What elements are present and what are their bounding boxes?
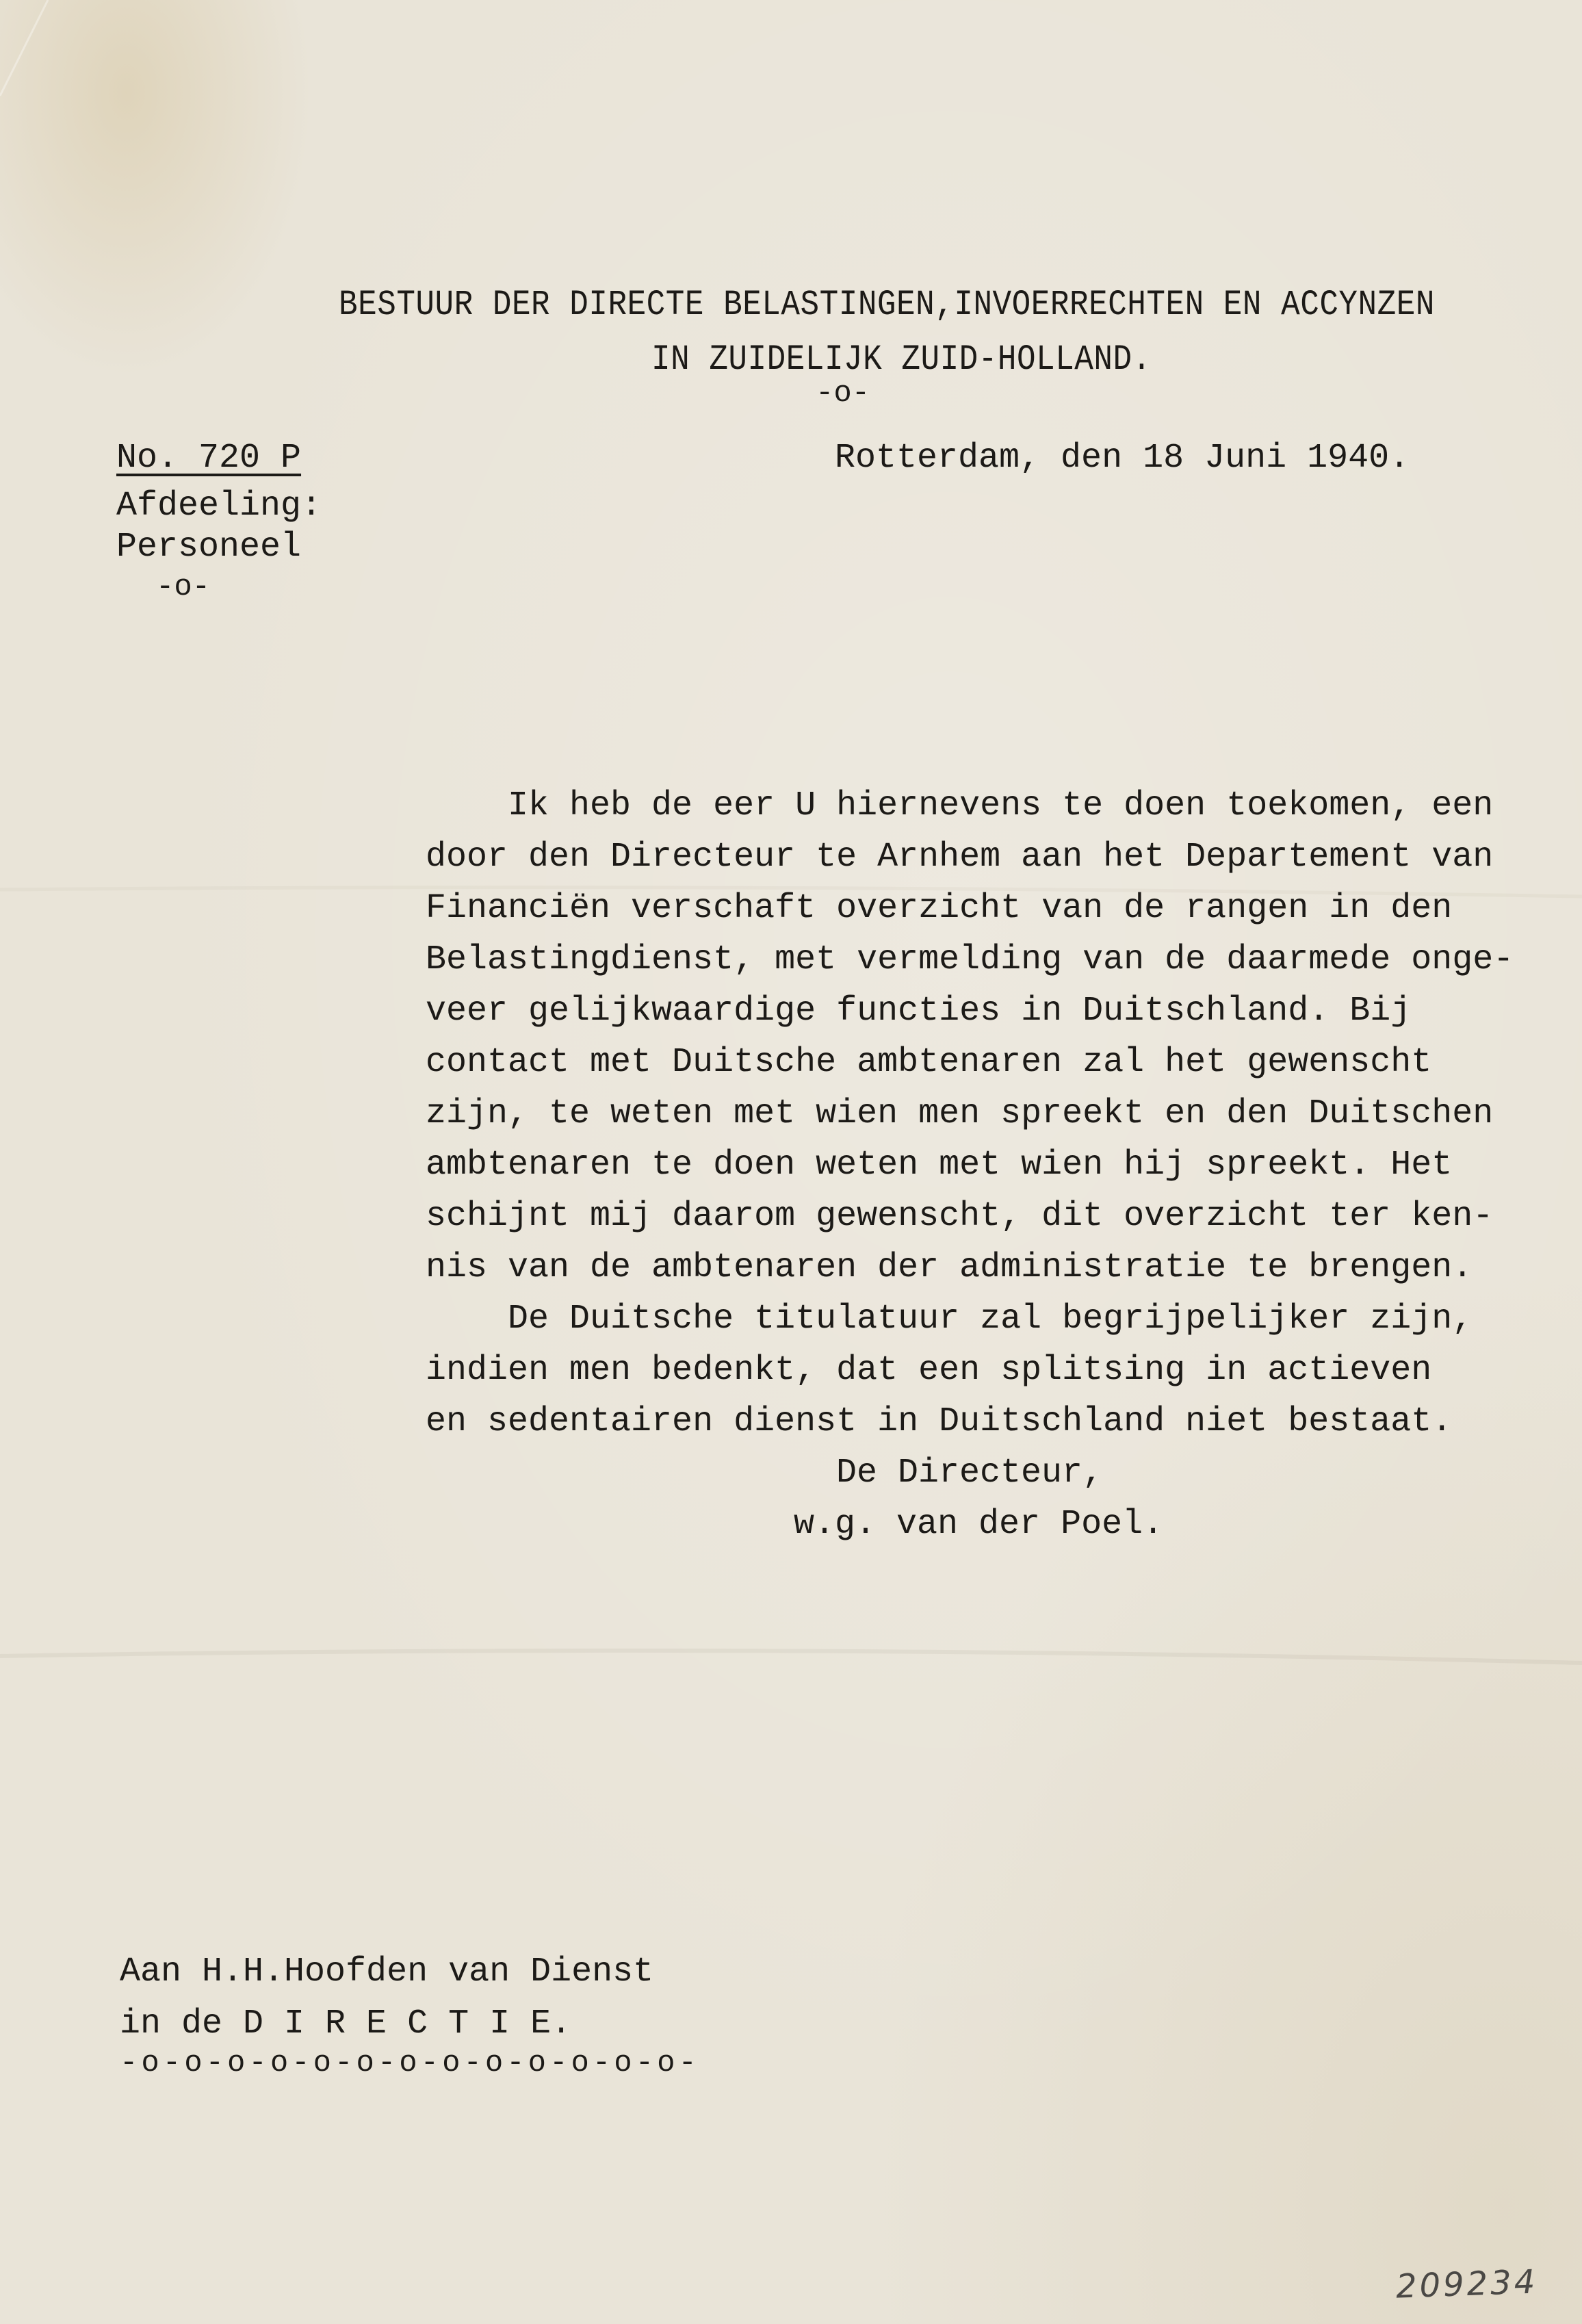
letterhead-separator: -o- [816, 373, 870, 414]
place-date: Rotterdam, den 18 Juni 1940. [835, 438, 1410, 479]
body-line: Financiën verschaft overzicht van de ran… [426, 888, 1452, 929]
letterhead-line-1: BESTUUR DER DIRECTE BELASTINGEN,INVOERRE… [339, 282, 1435, 328]
body-line: en sedentairen dienst in Duitschland nie… [426, 1402, 1452, 1443]
addressee-line-1: Aan H.H.Hoofden van Dienst [120, 1952, 653, 1993]
body-line: De Duitsche titulatuur zal begrijpelijke… [426, 1299, 1473, 1340]
body-line: Ik heb de eer U hiernevens te doen toeko… [426, 786, 1493, 827]
body-line: contact met Duitsche ambtenaren zal het … [426, 1042, 1431, 1083]
addressee-separator: -o-o-o-o-o-o-o-o-o-o-o-o-o- [120, 2043, 700, 2084]
body-line: indien men bedenkt, dat een splitsing in… [426, 1350, 1431, 1391]
body-line: zijn, te weten met wien men spreekt en d… [426, 1094, 1493, 1135]
signature-title: De Directeur, [836, 1453, 1103, 1494]
reference-number: No. 720 P [116, 438, 301, 479]
body-line: door den Directeur te Arnhem aan het Dep… [426, 837, 1493, 878]
body-line: ambtenaren te doen weten met wien hij sp… [426, 1145, 1452, 1186]
body-line: schijnt mij daarom gewenscht, dit overzi… [426, 1196, 1493, 1237]
body-line: nis van de ambtenaren der administratie … [426, 1248, 1473, 1289]
signature-name: w.g. van der Poel. [794, 1504, 1163, 1545]
department-label: Afdeeling: [116, 486, 322, 527]
body-line: Belastingdienst, met vermelding van de d… [426, 940, 1514, 981]
reference-separator: -o- [156, 567, 210, 608]
archive-number: 209234 [1395, 2262, 1538, 2306]
department-name: Personeel [116, 527, 301, 568]
body-line: veer gelijkwaardige functies in Duitschl… [426, 991, 1411, 1032]
letterhead-line-2: IN ZUIDELIJK ZUID-HOLLAND. [651, 337, 1152, 383]
addressee-line-2: in de D I R E C T I E. [120, 2004, 571, 2045]
